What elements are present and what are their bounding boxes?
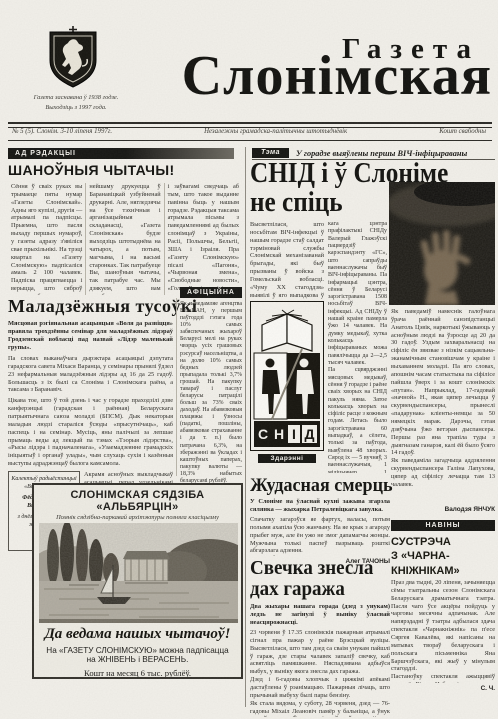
article-title-zhudasnaja: Жудасная смерць (250, 475, 393, 497)
issue-info: № 5 (5). Слонім. 3-10 ліпеня 1997г. (12, 128, 112, 135)
tusouki-body-2: Цікава тое, што ў той дзень і час у гора… (8, 397, 173, 468)
section-bar-zdarenni: Здарэнні (258, 454, 316, 463)
main-column-divider (245, 147, 246, 707)
svg-text:І: І (292, 426, 296, 442)
tusouki-lead: Мясцовая рэгіянальная асацыяцыя «Воля да… (8, 320, 173, 352)
zhudasnaja-lead: У Слоніме на ўласнай кухні зажыва згарэл… (250, 498, 390, 514)
snid-kicker-text: У горадзе выяўлены першы ВІЧ-інфіцыраван… (296, 149, 467, 158)
article-title-shanounyja: ШАНОЎНЫЯ ЧЫТАЧЫ! (8, 162, 175, 178)
newspaper-front-page: Газета заснавана ў 1938 годзе. Выходзіць… (0, 0, 498, 719)
dateline: № 5 (5). Слонім. 3-10 ліпеня 1997г. Неза… (12, 128, 486, 135)
snid-title-line-2: не спіць (250, 187, 343, 219)
snid-col-1: Высветлілася, што носьбітам ВІЧ-інфекцыі… (250, 221, 324, 463)
article-sustrecha: Праз два тыдні, 20 ліпеня, зачыняецца сё… (391, 579, 495, 692)
snid-col-3-text: Як паведаміў намеснік галоўнага ўрача ра… (391, 308, 495, 504)
snid-col-2-text: кага цэнтра прафілактыкі СНІДу Валерый Г… (328, 221, 387, 473)
snid-col-3: Як паведаміў намеснік галоўнага ўрача ра… (391, 308, 495, 513)
shanounyja-col-3: і заўвагамі сведчаць аб тым, што такое в… (164, 183, 242, 295)
albiarcin-subtitle: Помнік сядзібна-паркавай архітэктуры поз… (39, 514, 236, 521)
founded-line-2: Выходзіць з 1997 года. (8, 103, 144, 113)
article-title-sustrecha: СУСТРЭЧА З «ЧАРНА- КНІЖНІКАМ» (391, 535, 460, 578)
sustrecha-body: Праз два тыдні, 20 ліпеня, зачыняецца сё… (391, 579, 495, 683)
albiarcin-estate-photo (39, 523, 238, 623)
article-svechka: Два жыхары нашага горада (дзед з унукам)… (250, 603, 390, 719)
section-bar-tema: Тэма (252, 148, 289, 158)
masthead-rule-bottom (8, 140, 492, 141)
snid-byline: Валодзя ЯНЧУК (391, 506, 495, 513)
article-shanounyja-columns: Сёння ў сваіх руках вы трымаеце пяты нум… (8, 183, 242, 295)
tusouki-body-1: Па словах выканаўчага дырэктара асацыяцы… (8, 355, 173, 394)
svg-text:Н: Н (274, 426, 284, 442)
subscribe-line-3: Кошт на месяц 6 тыс. рублёў. (39, 668, 236, 678)
svechka-lead: Два жыхары нашага горада (дзед з унукам)… (250, 603, 390, 627)
founded-line-1: Газета заснавана ў 1938 годзе. (8, 93, 144, 103)
article-zhudasnaja: У Слоніме на ўласнай кухні зажыва згарэл… (250, 498, 390, 565)
sustrecha-byline: С. Ч. (391, 685, 495, 692)
svg-text:С: С (258, 426, 268, 442)
masthead-founded-note: Газета заснавана ў 1938 годзе. Выходзіць… (8, 93, 144, 112)
section-bar-naviny: НАВІНЫ (391, 520, 495, 531)
price-label: Кошт свабодны (439, 128, 486, 135)
albiarcin-subscribe-box: СЛОНІМСКАЯ СЯДЗІБА «АЛЬБЯРЦІН» Помнік ся… (32, 483, 243, 679)
masthead-title-main: Слонімская (182, 48, 492, 104)
svg-text:Д: Д (305, 426, 315, 442)
shanounyja-col-2: нейшаму друкуецца ў Баранавіцкай узбуйне… (85, 183, 163, 295)
tusouki-aficyjna-divider (176, 298, 177, 476)
article-title-tusouki: Маладзёжныя тусоўкі (8, 296, 173, 317)
zhudasnaja-body: Спачатку загарэўся яе фартух, валасы, по… (250, 516, 390, 556)
article-title-svechka: Свечка знесла дах гаража (250, 558, 373, 600)
snid-poster-graphic: С Н І Д (250, 301, 324, 451)
subscribe-line-1: На «ГАЗЕТУ СЛОНІМСКУЮ» можна падпісацца (39, 646, 236, 655)
subscribe-title: Да ведама нашых чытачоў! (39, 626, 236, 643)
snid-col-1-text: Высветлілася, што носьбітам ВІЧ-інфекцыі… (250, 221, 324, 299)
paper-subtitle: Незалежны грамадска-палітычны штотыднёві… (204, 128, 347, 135)
hand-photo (389, 182, 495, 305)
shanounyja-col-1: Сёння ў сваіх руках вы трымаеце пяты нум… (8, 183, 85, 295)
albiarcin-title: СЛОНІМСКАЯ СЯДЗІБА «АЛЬБЯРЦІН» (39, 489, 236, 513)
section-bar-ad-redakcyi: АД РЭДАКЦЫІ (8, 148, 234, 159)
subscribe-line-2: на ЖНІВЕНЬ і ВЕРАСЕНЬ. (39, 655, 236, 664)
coat-of-arms-icon (46, 26, 100, 90)
svechka-body: 23 чэрвеня ў 17.35 слонімскія пажарныя а… (250, 629, 390, 717)
section-bar-aficyjna: АФІЦЫЙНА (180, 287, 242, 298)
